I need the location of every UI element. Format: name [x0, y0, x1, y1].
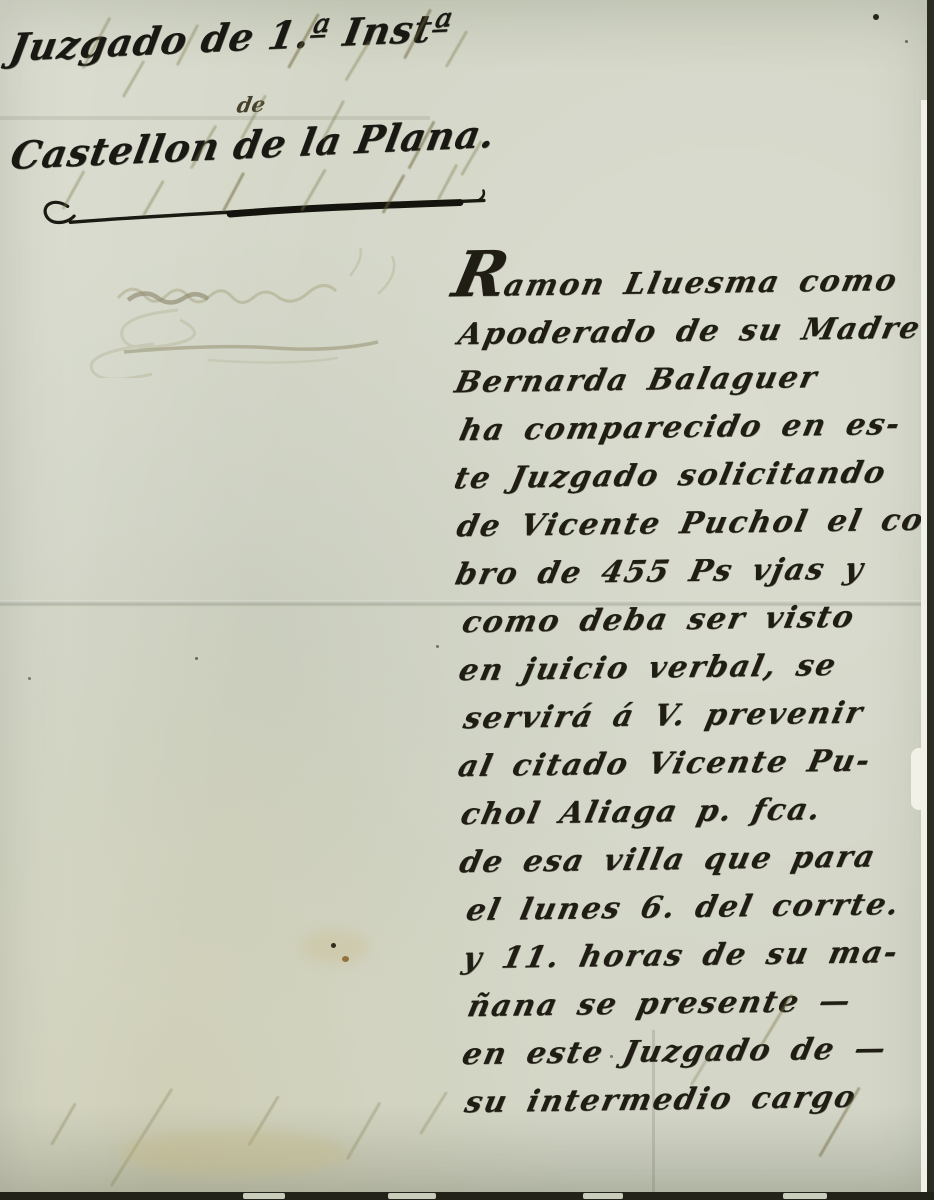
letter-line: Ramon Lluesma como — [447, 257, 934, 312]
ink-bleed-stroke — [247, 1095, 279, 1146]
letter-line: ha comparecido en es- — [455, 401, 934, 456]
ink-speck — [331, 943, 336, 948]
ink-speck — [905, 40, 908, 43]
ink-speck — [436, 645, 439, 648]
ink-speck — [195, 657, 198, 660]
letter-line: el lunes 6. del corrte. — [461, 880, 934, 935]
paper-edge-notch — [911, 748, 927, 810]
letter-line: chol Aliaga p. fca. — [456, 784, 934, 839]
ink-bleed-stroke — [50, 1102, 77, 1145]
scan-edge-patch — [243, 1193, 285, 1199]
paper-stain — [120, 1130, 350, 1176]
ink-speck — [610, 1055, 613, 1058]
ink-speck — [28, 677, 31, 680]
letter-line: bro de 455 Ps vjas y — [451, 544, 934, 599]
letter-line: servirá á V. prevenir — [459, 688, 934, 743]
ink-bleed-stroke — [110, 1088, 173, 1187]
letter-line: Apoderado de su Madre — [453, 305, 934, 360]
ink-bleed-stroke — [419, 1091, 448, 1135]
letter-line: su intermedio cargo — [460, 1072, 934, 1127]
letter-body: Ramon Lluesma como Apoderado de su Madre… — [446, 257, 934, 1128]
letter-line: como deba ser visto — [457, 592, 934, 647]
bleed-through-signature — [58, 248, 428, 378]
ink-speck — [873, 14, 879, 20]
ink-speck — [342, 956, 349, 962]
scanned-letter-page: Juzgado de 1.ª Instª de Castellon de la … — [0, 0, 934, 1200]
scan-edge-patch — [783, 1193, 827, 1199]
ink-bleed-stroke — [346, 1102, 382, 1161]
letter-line: de Vicente Puchol el co- — [452, 496, 934, 551]
scan-edge-patch — [583, 1193, 623, 1199]
scan-edge-patch — [388, 1193, 436, 1199]
letter-line: en juicio verbal, se — [454, 640, 934, 695]
letter-line: Bernarda Balaguer — [450, 353, 934, 408]
letter-line: al citado Vicente Pu- — [453, 736, 934, 791]
letter-line: te Juzgado solicitando — [449, 449, 934, 504]
letter-line: de esa villa que para — [455, 832, 934, 887]
letter-line: y 11. horas de su ma- — [458, 928, 934, 983]
letter-line: en este Juzgado de — — [457, 1024, 934, 1079]
letterhead-court-line: Juzgado de 1.ª Instª — [6, 5, 456, 70]
scan-edge-right — [927, 0, 934, 1200]
letter-line: ñana se presente — — [463, 976, 934, 1031]
underline-flourish — [39, 163, 491, 238]
